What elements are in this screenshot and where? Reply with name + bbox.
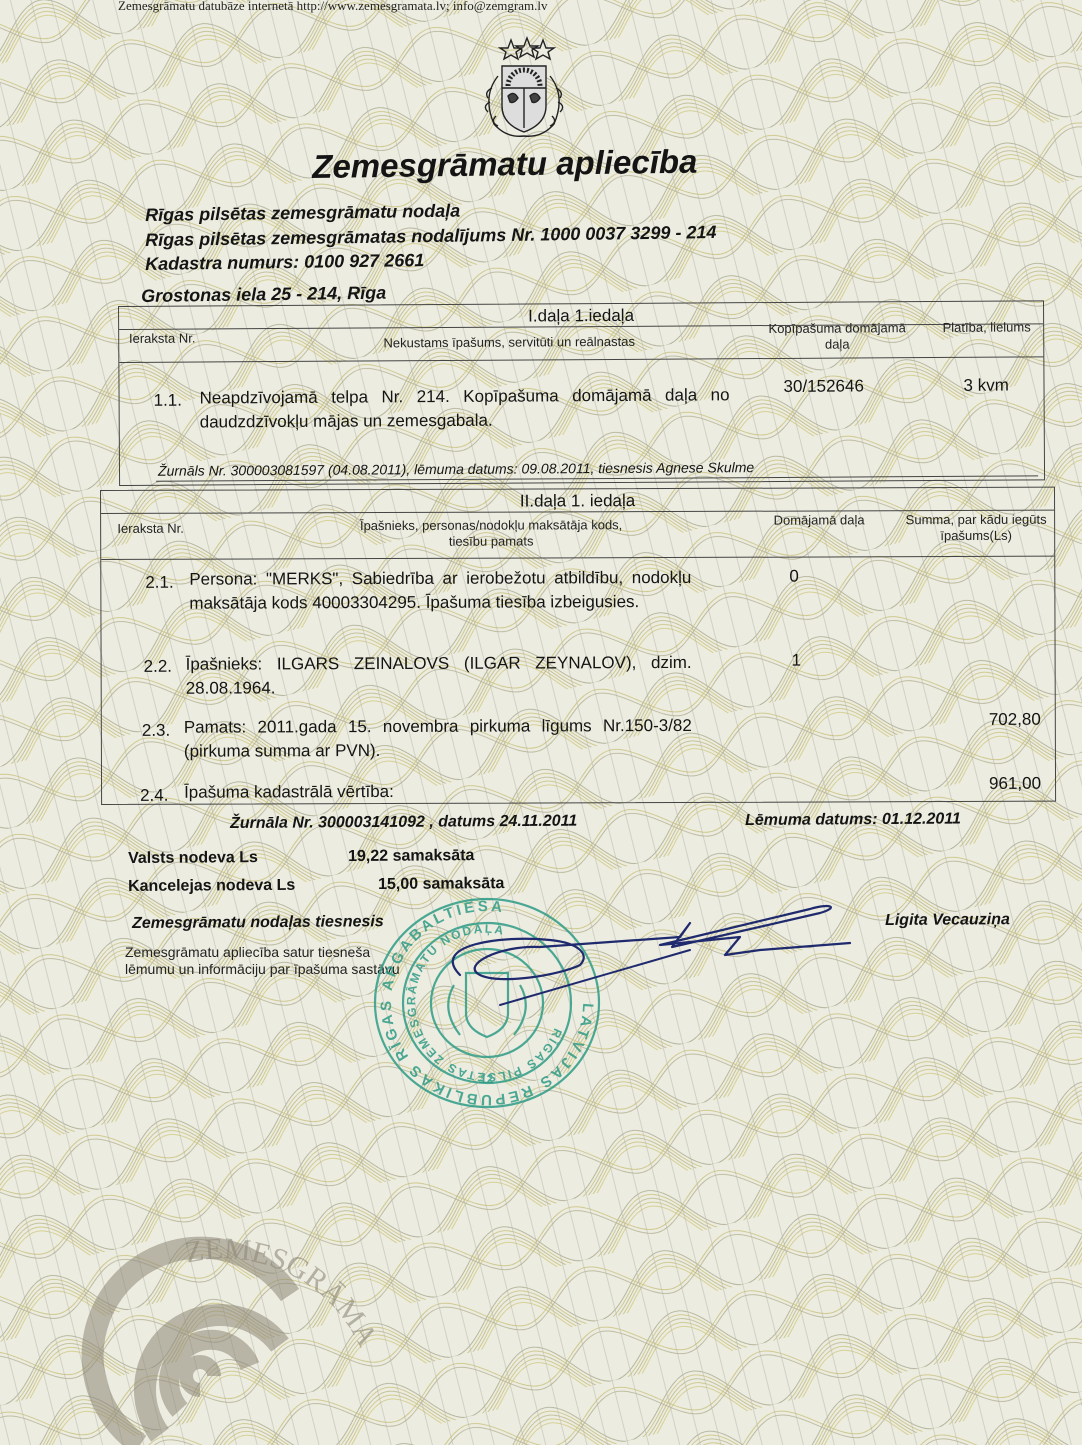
judge-name: Ligita Vecauziņa — [885, 911, 1010, 930]
row-share: 30/152646 — [783, 376, 863, 396]
property-address: Grostonas iela 25 - 214, Rīga — [141, 283, 386, 307]
part1-header-desc: Nekustams īpašums, servitūti un reālnast… — [279, 333, 739, 352]
part2-header-nr: Ieraksta Nr. — [113, 521, 188, 537]
row-number: 1.1. — [154, 391, 182, 411]
row-description: Īpašuma kadastrālā vērtība: — [184, 779, 692, 805]
part1-journal-entry: Žurnāls Nr. 300003081597 (04.08.2011), l… — [158, 459, 754, 479]
state-fee-label: Valsts nodeva Ls — [128, 849, 258, 868]
row-number: 2.3. — [142, 721, 170, 741]
judge-title: Zemesgrāmatu nodaļas tiesnesis — [132, 913, 384, 933]
note-line-1: Zemesgrāmatu apliecība satur tiesneša — [125, 944, 400, 961]
zemesgramata-watermark-icon: ZEMESGRĀMATA — [70, 1180, 390, 1445]
part1-header-share: Kopīpašuma domājamā daļa — [767, 320, 907, 353]
row-share: 1 — [792, 651, 802, 671]
row-number: 2.4. — [140, 786, 168, 806]
row-description: Neapdzīvojamā telpa Nr. 214. Kopīpašuma … — [199, 383, 729, 434]
row-description: Pamats: 2011.gada 15. novembra pirkuma l… — [184, 714, 692, 764]
part2-header-desc: Īpašnieks, personas/nodokļu maksātāja ko… — [351, 517, 631, 550]
judge-signature — [440, 895, 860, 1015]
registry-office: Rīgas pilsētas zemesgrāmatu nodaļa — [145, 201, 460, 226]
row-sum: 702,80 — [989, 710, 1041, 730]
registry-folio-number: Rīgas pilsētas zemesgrāmatas nodalījums … — [145, 222, 717, 251]
part1-header-nr: Ieraksta Nr. — [127, 331, 197, 347]
office-fee-value: 15,00 samaksāta — [378, 875, 504, 894]
row-description: Īpašnieks: ILGARS ZEINALOVS (ILGAR ZEYNA… — [186, 651, 692, 701]
state-fee-value: 19,22 samaksāta — [348, 847, 474, 866]
svg-text:12: 12 — [480, 1072, 494, 1086]
certificate-note: Zemesgrāmatu apliecība satur tiesneša lē… — [125, 944, 400, 978]
database-header-line: Zemesgrāmatu datubāze internetā http://w… — [118, 0, 548, 14]
document-title: Zemesgrāmatu apliecība — [312, 143, 698, 186]
office-fee-label: Kancelejas nodeva Ls — [128, 877, 295, 896]
part1-section: I.daļa 1.iedaļa Ieraksta Nr. Nekustams ī… — [118, 300, 1045, 486]
part2-title: II.daļa 1. iedaļa — [101, 488, 1054, 514]
part2-header-sum: Summa, par kādu iegūts īpašums(Ls) — [901, 512, 1051, 545]
row-sum: 961,00 — [989, 774, 1041, 794]
journal-entry: Žurnāla Nr. 300003141092 , datums 24.11.… — [230, 813, 577, 833]
row-description: Persona: "MERKS", Sabiedrība ar ierobežo… — [189, 566, 691, 616]
part1-header-area: Platība, lielums — [939, 319, 1034, 336]
cadastre-number: Kadastra numurs: 0100 927 2661 — [145, 250, 424, 275]
latvia-coat-of-arms-icon — [468, 36, 580, 148]
row-area: 3 kvm — [963, 376, 1008, 396]
part2-header-share: Domājamā daļa — [769, 512, 869, 528]
row-number: 2.1. — [145, 573, 173, 593]
part2-section: II.daļa 1. iedaļa Ieraksta Nr. Īpašnieks… — [100, 487, 1056, 805]
decision-date: Lēmuma datums: 01.12.2011 — [745, 810, 961, 830]
note-line-2: lēmumu un informāciju par īpašuma sastāv… — [125, 961, 400, 978]
row-share: 0 — [789, 567, 799, 587]
land-registry-certificate: Zemesgrāmatu datubāze internetā http://w… — [0, 0, 1082, 1445]
row-number: 2.2. — [144, 657, 172, 677]
